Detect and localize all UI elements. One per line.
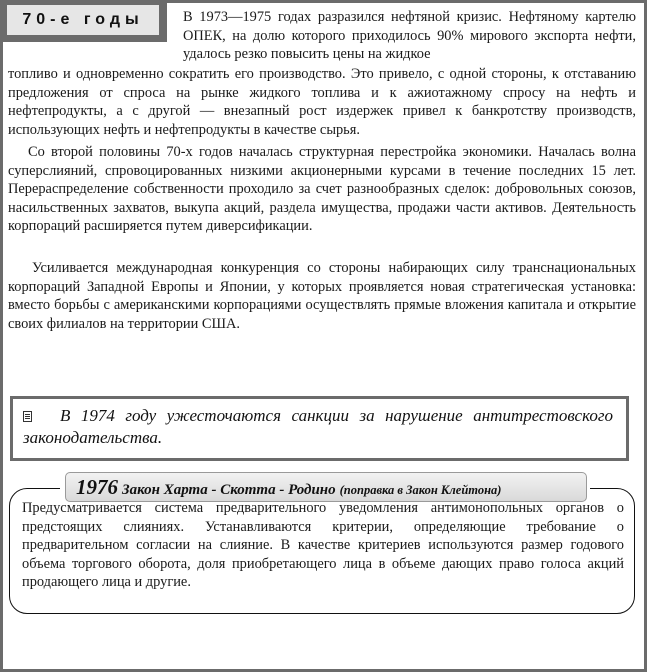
law-title: 1976 Закон Харта - Скотта - Родино (попр… (65, 472, 587, 502)
law-name: Закон Харта - Скотта - Родино (122, 482, 336, 498)
section-label-text: 70-е годы (7, 5, 159, 35)
note-text: В 1974 году ужесточаются санкции за нару… (23, 406, 613, 447)
note-content: В 1974 году ужесточаются санкции за нару… (23, 405, 613, 449)
paragraph-restructuring: Со второй половины 70-х годов началась с… (8, 143, 636, 236)
document-icon (23, 411, 32, 422)
paragraph-competition: Усиливается международная конкуренция со… (8, 259, 636, 333)
section-label: 70-е годы (0, 0, 167, 42)
note-box: В 1974 году ужесточаются санкции за нару… (10, 396, 629, 461)
law-year: 1976 (76, 475, 118, 499)
law-subtitle: (поправка в Закон Клейтона) (340, 483, 502, 497)
intro-paragraph-continued: топливо и одновременно сократить его про… (8, 65, 636, 139)
intro-paragraph-top: В 1973—1975 годах разразился нефтяной кр… (183, 8, 636, 64)
law-description: Предусматривается система предварительно… (22, 499, 624, 592)
